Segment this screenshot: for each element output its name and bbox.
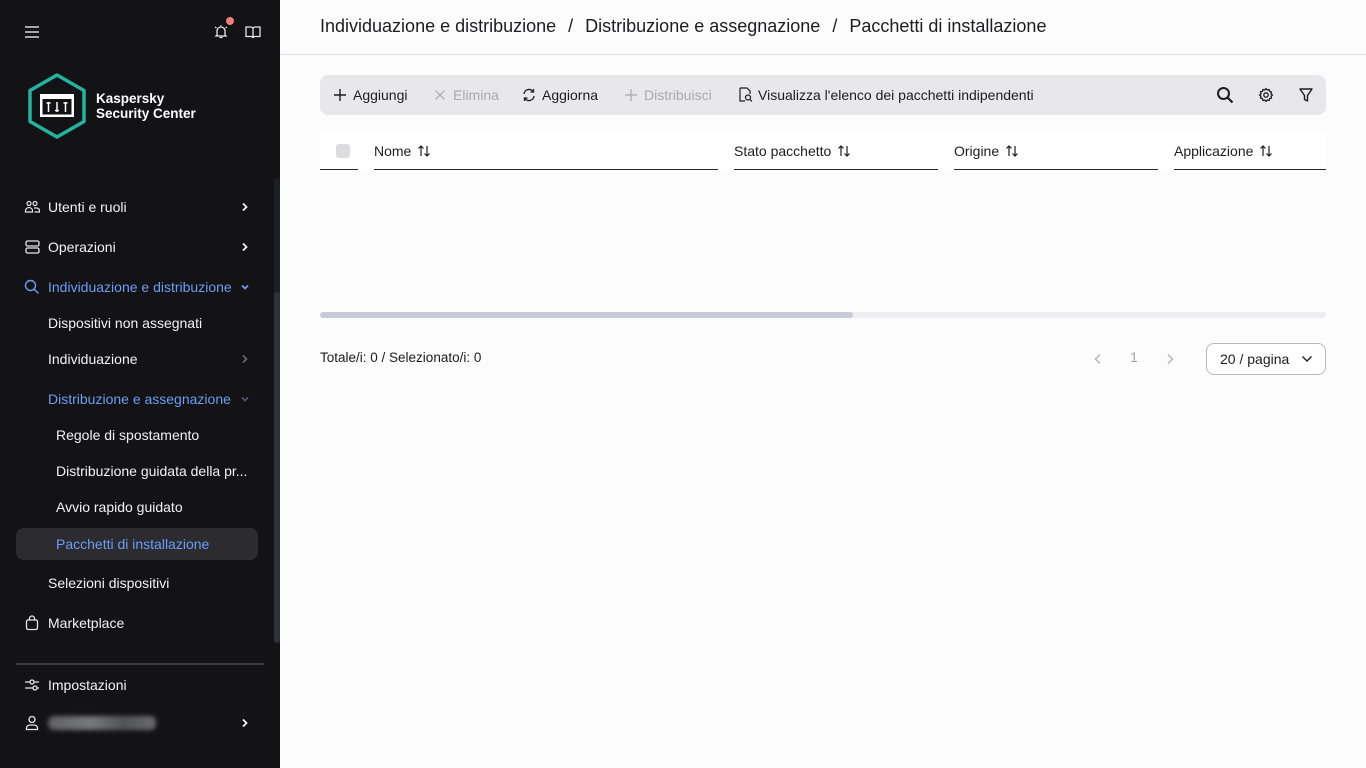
chevron-right-icon <box>240 202 250 212</box>
plus-icon <box>623 87 639 103</box>
sidebar-item-individuazione[interactable]: Individuazione <box>16 343 258 375</box>
chevron-down-icon <box>240 394 250 404</box>
users-icon <box>24 199 40 215</box>
brand-line-1: Kaspersky <box>96 91 196 106</box>
refresh-button[interactable]: Aggiorna <box>521 75 598 115</box>
document-search-icon <box>737 87 753 103</box>
sidebar-item-dispositivi-non-assegnati[interactable]: Dispositivi non assegnati <box>16 307 258 339</box>
sidebar-item-individuazione-e-distribuzione[interactable]: Individuazione e distribuzione <box>16 271 258 303</box>
column-label: Origine <box>954 143 999 159</box>
hamburger-icon[interactable] <box>22 22 42 42</box>
sidebar-item-label: Pacchetti di installazione <box>56 536 209 552</box>
sidebar-item-label: Distribuzione guidata della pr... <box>56 463 247 479</box>
delete-button[interactable]: Elimina <box>432 75 499 115</box>
notification-badge <box>226 17 234 25</box>
sidebar-item-marketplace[interactable]: Marketplace <box>16 607 258 639</box>
filter-icon[interactable] <box>1296 85 1316 105</box>
close-icon <box>432 87 448 103</box>
view-standalone-packages-label: Visualizza l'elenco dei pacchetti indipe… <box>758 87 1034 103</box>
sidebar-top-bar <box>0 0 280 64</box>
sidebar-item-impostazioni[interactable]: Impostazioni <box>16 669 258 701</box>
sidebar-item-label: Impostazioni <box>48 677 127 693</box>
sidebar-item-pacchetti-di-installazione[interactable]: Pacchetti di installazione <box>16 528 258 560</box>
sidebar-item-label: Individuazione <box>48 351 138 367</box>
bell-icon[interactable] <box>211 22 231 42</box>
sliders-icon <box>24 677 40 693</box>
sidebar-item-label: Avvio rapido guidato <box>56 499 183 515</box>
chevron-left-icon <box>1094 353 1102 365</box>
totals-label: Totale/i: 0 / Selezionato/i: 0 <box>320 350 481 365</box>
breadcrumb-separator: / <box>568 16 573 37</box>
username-blurred <box>48 716 156 730</box>
page-header: Individuazione e distribuzione / Distrib… <box>280 0 1366 55</box>
sidebar-item-label: Marketplace <box>48 615 124 631</box>
chevron-right-icon <box>240 354 250 364</box>
breadcrumb-separator: / <box>832 16 837 37</box>
sidebar-item-label: Individuazione e distribuzione <box>48 279 232 295</box>
table-header: Nome Stato pacchetto Origine Applicazion… <box>320 132 1326 170</box>
plus-icon <box>332 87 348 103</box>
breadcrumb: Individuazione e distribuzione / Distrib… <box>320 16 1046 37</box>
deploy-button-label: Distribuisci <box>644 87 712 103</box>
sidebar-item-regole-di-spostamento[interactable]: Regole di spostamento <box>16 419 258 451</box>
search-icon[interactable] <box>1215 85 1235 105</box>
shopping-bag-icon <box>24 615 40 631</box>
select-all-checkbox[interactable] <box>336 144 350 158</box>
gear-icon[interactable] <box>1256 85 1276 105</box>
select-all-column <box>320 132 358 170</box>
column-header-stato-pacchetto[interactable]: Stato pacchetto <box>734 132 938 170</box>
chevron-down-icon <box>240 282 250 292</box>
sidebar-item-utenti-e-ruoli[interactable]: Utenti e ruoli <box>16 191 258 223</box>
sidebar-item-distribuzione-e-assegnazione[interactable]: Distribuzione e assegnazione <box>16 383 258 415</box>
page-size-select[interactable]: 20 / pagina <box>1206 343 1326 375</box>
column-header-origine[interactable]: Origine <box>954 132 1158 170</box>
sort-icon[interactable] <box>417 144 431 158</box>
chevron-right-icon <box>240 242 250 252</box>
main-content: Individuazione e distribuzione / Distrib… <box>280 0 1366 768</box>
search-icon <box>24 279 40 295</box>
sidebar-item-label: Dispositivi non assegnati <box>48 315 202 331</box>
column-label: Nome <box>374 143 411 159</box>
delete-button-label: Elimina <box>453 87 499 103</box>
book-icon[interactable] <box>243 22 263 42</box>
sidebar-item-label: Selezioni dispositivi <box>48 575 169 591</box>
kaspersky-logo[interactable]: Kaspersky Security Center <box>26 72 196 140</box>
sidebar-item-selezioni-dispositivi[interactable]: Selezioni dispositivi <box>16 567 258 599</box>
add-button[interactable]: Aggiungi <box>332 75 408 115</box>
sidebar-item-label: Distribuzione e assegnazione <box>48 391 231 407</box>
column-header-nome[interactable]: Nome <box>374 132 718 170</box>
logo-hexagon-icon <box>26 72 88 140</box>
breadcrumb-item-current: Pacchetti di installazione <box>849 16 1046 37</box>
next-page-button[interactable] <box>1160 349 1180 369</box>
sort-icon[interactable] <box>837 144 851 158</box>
server-icon <box>24 239 40 255</box>
toolbar: Aggiungi Elimina Aggiorna Distribuisci V… <box>320 75 1326 115</box>
page-size-value: 20 / pagina <box>1220 351 1289 367</box>
sidebar-item-label: Utenti e ruoli <box>48 199 127 215</box>
sidebar-item-avvio-rapido-guidato[interactable]: Avvio rapido guidato <box>16 491 258 523</box>
previous-page-button[interactable] <box>1088 349 1108 369</box>
column-label: Applicazione <box>1174 143 1253 159</box>
refresh-button-label: Aggiorna <box>542 87 598 103</box>
table-scrollbar-thumb[interactable] <box>320 312 853 318</box>
add-button-label: Aggiungi <box>353 87 408 103</box>
sidebar: Kaspersky Security Center Utenti e ruoli… <box>0 0 280 768</box>
sort-icon[interactable] <box>1259 144 1273 158</box>
sidebar-item-label: Regole di spostamento <box>56 427 199 443</box>
column-label: Stato pacchetto <box>734 143 831 159</box>
sort-icon[interactable] <box>1005 144 1019 158</box>
refresh-icon <box>521 87 537 103</box>
sidebar-item-distribuzione-guidata[interactable]: Distribuzione guidata della pr... <box>16 455 258 487</box>
sidebar-item-operazioni[interactable]: Operazioni <box>16 231 258 263</box>
breadcrumb-item-individuazione-e-distribuzione[interactable]: Individuazione e distribuzione <box>320 16 556 37</box>
view-standalone-packages-button[interactable]: Visualizza l'elenco dei pacchetti indipe… <box>737 75 1034 115</box>
chevron-down-icon <box>1301 353 1313 365</box>
chevron-right-icon <box>1166 353 1174 365</box>
column-header-applicazione[interactable]: Applicazione <box>1174 132 1326 170</box>
user-icon <box>24 715 40 731</box>
sidebar-divider <box>16 663 264 665</box>
chevron-right-icon <box>240 718 250 728</box>
brand-line-2: Security Center <box>96 106 196 121</box>
current-page[interactable]: 1 <box>1124 350 1144 368</box>
brand-name: Kaspersky Security Center <box>96 91 196 121</box>
deploy-button[interactable]: Distribuisci <box>623 75 712 115</box>
sidebar-item-label: Operazioni <box>48 239 116 255</box>
breadcrumb-item-distribuzione-e-assegnazione[interactable]: Distribuzione e assegnazione <box>585 16 820 37</box>
